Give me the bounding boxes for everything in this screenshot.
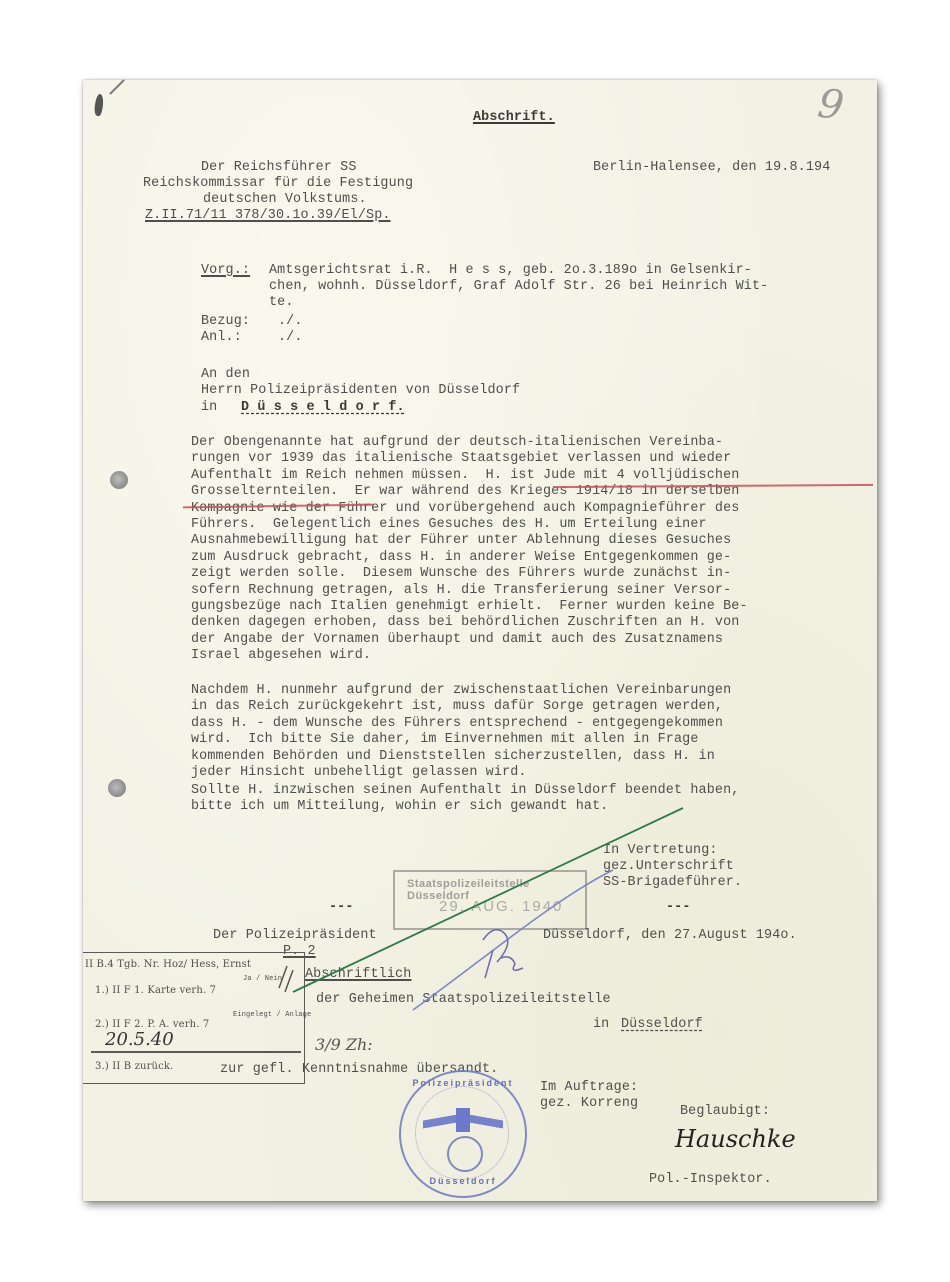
- pencil-strokes: [83, 80, 877, 1201]
- green-pencil-stroke: [293, 808, 683, 992]
- document-page: 9 Abschrift. Der Reichsführer SS Reichsk…: [83, 80, 877, 1201]
- registry-tick-mark: [279, 966, 293, 992]
- blue-pencil-stroke: [413, 870, 613, 1010]
